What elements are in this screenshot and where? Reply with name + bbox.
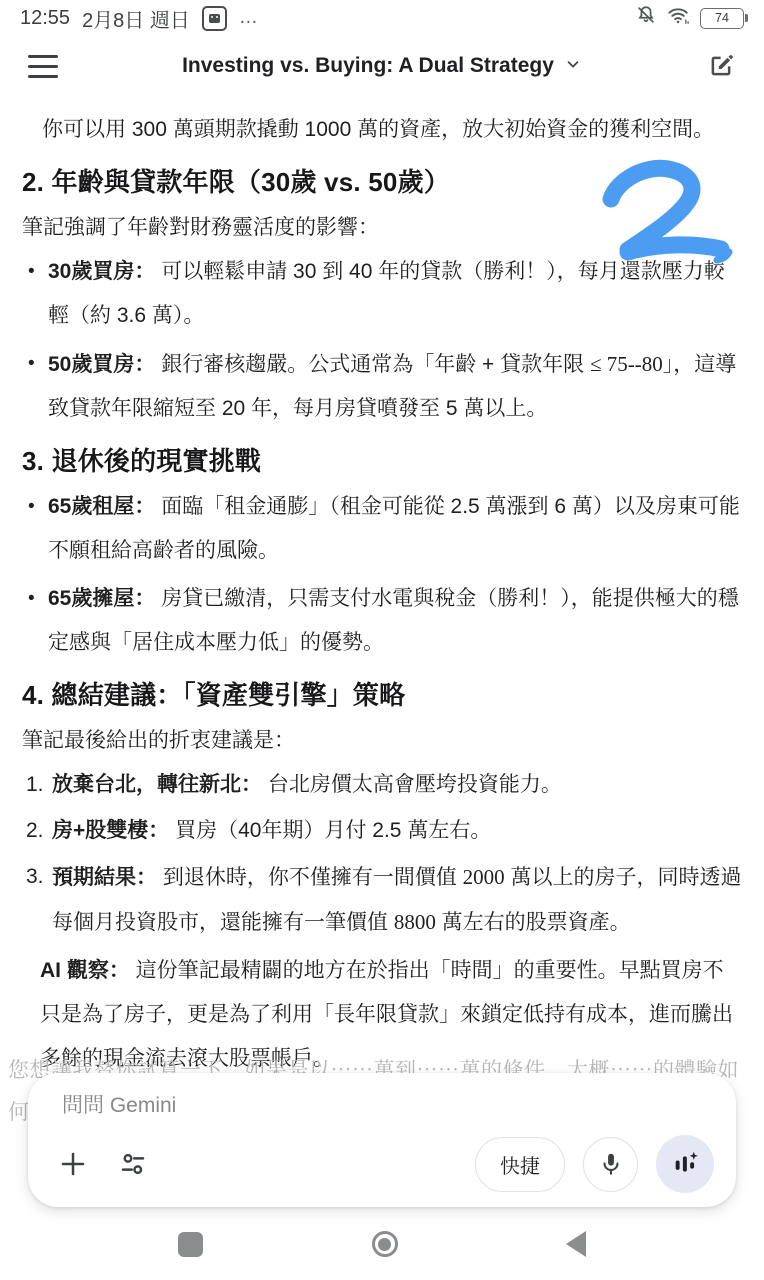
list-item-term: 預期結果： — [52, 866, 157, 889]
section-2-heading: 2. 年齡與貸款年限（30歲 vs. 50歲） — [22, 164, 742, 200]
intro-paragraph: 你可以用 300 萬頭期款撬動 1000 萬的資產，放大初始資金的獲利空間。 — [42, 108, 742, 152]
waveform-sparkle-icon — [671, 1150, 699, 1178]
quick-actions-label: 快捷 — [500, 1150, 540, 1179]
ai-note-term: AI 觀察： — [40, 959, 130, 982]
list-item-term: 50歲買房： — [48, 353, 155, 376]
list-item-term: 65歲擁屋： — [48, 587, 155, 610]
more-notifications-icon: … — [239, 7, 260, 29]
list-item: 30歲買房： 可以輕鬆申請 30 到 40 年的貸款（勝利！），每月還款壓力較輕… — [22, 250, 742, 338]
list-item-term: 放棄台北，轉往新北： — [52, 773, 262, 796]
list-item-text: 到退休時，你不僅擁有一間價值 — [157, 866, 463, 889]
section-4-heading: 4. 總結建議：「資產雙引擎」策略 — [22, 677, 742, 713]
formula-text: ≤ 75--80 — [590, 352, 663, 376]
value-text: 8800 — [394, 910, 436, 934]
list-item: 65歲擁屋： 房貸已繳清，只需支付水電與稅金（勝利！），能提供極大的穩定感與「居… — [22, 577, 742, 665]
tools-tune-button[interactable] — [118, 1149, 148, 1179]
android-nav-bar — [0, 1208, 764, 1280]
list-number: 1. — [26, 763, 44, 807]
date-label: 2月8日 週日 — [82, 4, 190, 33]
battery-indicator: 74 — [700, 8, 744, 29]
list-item-text: 買房（40年期）月付 2.5 萬左右。 — [169, 819, 491, 842]
new-chat-icon[interactable] — [706, 51, 736, 81]
hamburger-menu-icon[interactable] — [28, 55, 58, 78]
list-item: 3.預期結果： 到退休時，你不僅擁有一間價值 2000 萬以上的房子，同時透過每… — [22, 855, 742, 945]
clock: 12:55 — [20, 7, 70, 30]
section-4-lead: 筆記最後給出的折衷建議是： — [22, 719, 742, 763]
list-item: 2.房+股雙棲： 買房（40年期）月付 2.5 萬左右。 — [22, 809, 742, 853]
list-number: 3. — [26, 855, 44, 899]
list-item-term: 房+股雙棲： — [52, 819, 169, 842]
page-title: Investing vs. Buying: A Dual Strategy — [182, 54, 554, 78]
list-item-text: 台北房價太高會壓垮投資能力。 — [262, 773, 562, 796]
list-item: 50歲買房： 銀行審核趨嚴。公式通常為「年齡 + 貸款年限 ≤ 75--80」，… — [22, 342, 742, 431]
composer-input[interactable]: 問問 Gemini — [62, 1089, 176, 1119]
section-3-list: 65歲租屋： 面臨「租金通膨」（租金可能從 2.5 萬漲到 6 萬）以及房東可能… — [22, 485, 742, 665]
list-item-term: 65歲租屋： — [48, 495, 155, 518]
section-2-lead: 筆記強調了年齡對財務靈活度的影響： — [22, 206, 742, 250]
value-text: 2000 — [463, 865, 505, 889]
add-attachment-button[interactable] — [58, 1149, 88, 1179]
gemini-live-button[interactable] — [656, 1135, 714, 1193]
list-item-text: 銀行審核趨嚴。公式通常為「年齡 + 貸款年限 — [155, 353, 590, 376]
app-bar: Investing vs. Buying: A Dual Strategy — [0, 36, 764, 96]
list-item: 1.放棄台北，轉往新北： 台北房價太高會壓垮投資能力。 — [22, 763, 742, 807]
section-2-list: 30歲買房： 可以輕鬆申請 30 到 40 年的貸款（勝利！），每月還款壓力較輕… — [22, 250, 742, 431]
microphone-button[interactable] — [583, 1137, 638, 1192]
mute-bell-icon — [635, 4, 657, 32]
conversation-title-dropdown[interactable]: Investing vs. Buying: A Dual Strategy — [58, 54, 706, 78]
recents-button[interactable] — [178, 1232, 203, 1257]
microphone-icon — [598, 1151, 624, 1177]
wifi-icon — [666, 4, 691, 32]
section-4-ordered-list: 1.放棄台北，轉往新北： 台北房價太高會壓垮投資能力。 2.房+股雙棲： 買房（… — [22, 763, 742, 945]
quick-actions-button[interactable]: 快捷 — [475, 1137, 565, 1192]
list-item: 65歲租屋： 面臨「租金通膨」（租金可能從 2.5 萬漲到 6 萬）以及房東可能… — [22, 485, 742, 573]
list-item-term: 30歲買房： — [48, 260, 155, 283]
section-3-heading: 3. 退休後的現實挑戰 — [22, 443, 742, 479]
list-item-text: 萬左右的股票資產。 — [436, 911, 631, 934]
back-button[interactable] — [566, 1231, 586, 1257]
chat-response-body: 你可以用 300 萬頭期款撬動 1000 萬的資產，放大初始資金的獲利空間。 2… — [0, 108, 764, 1081]
notification-app-icon — [202, 6, 227, 31]
chevron-down-icon — [564, 55, 582, 78]
home-button[interactable] — [372, 1231, 398, 1257]
composer-card[interactable]: 問問 Gemini 快捷 — [28, 1073, 736, 1207]
status-bar: 12:55 2月8日 週日 … 74 — [0, 0, 764, 36]
list-number: 2. — [26, 809, 44, 853]
